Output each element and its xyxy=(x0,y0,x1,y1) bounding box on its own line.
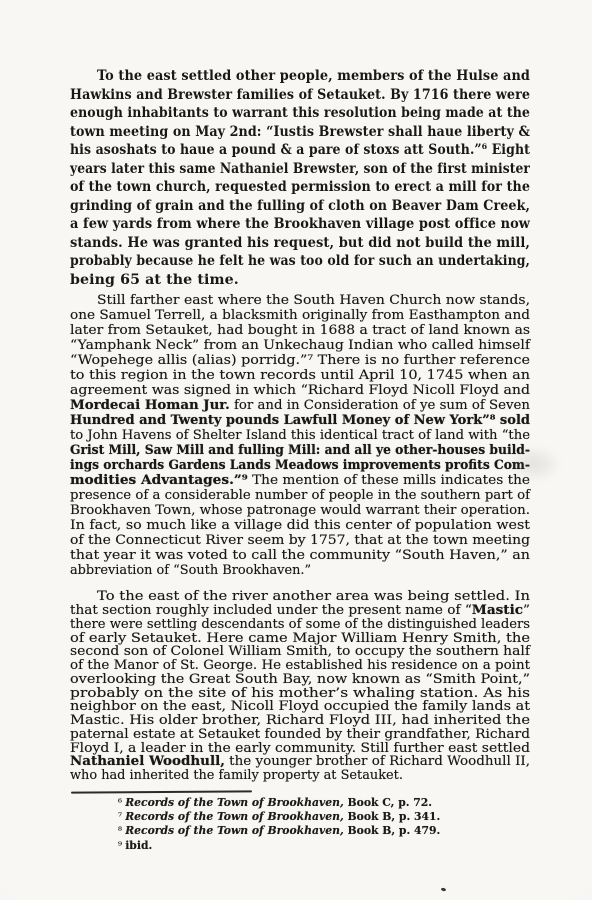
footnote: ⁶ Records of the Town of Brookhaven, Boo… xyxy=(118,796,538,810)
footnotes: ⁶ Records of the Town of Brookhaven, Boo… xyxy=(118,796,538,853)
text-line: later from Setauket, had bought in 1688 … xyxy=(70,323,530,338)
text-line: Mastic. His older brother, Richard Floyd… xyxy=(70,714,530,728)
text-line: To the east of the river another area wa… xyxy=(70,590,530,604)
footnote: ⁸ Records of the Town of Brookhaven, Boo… xyxy=(118,824,538,838)
text-line: “Yamphank Neck” from an Unkechaug Indian… xyxy=(70,338,530,353)
text-line: Still farther east where the South Haven… xyxy=(70,293,530,308)
text-line: of the Manor of St. George. He establish… xyxy=(70,659,530,673)
text-line: that section roughly included under the … xyxy=(70,604,530,618)
text-line: there were settling descendants of some … xyxy=(70,618,530,632)
text-line: “Wopehege allis (alias) porridg.”⁷ There… xyxy=(70,353,530,368)
paragraph: Still farther east where the South Haven… xyxy=(70,293,530,579)
text-line: to John Havens of Shelter Island this id… xyxy=(70,428,530,443)
paragraph: To the east of the river another area wa… xyxy=(70,590,530,783)
text-line: presence of a considerable number of peo… xyxy=(70,488,530,503)
text-line: modities Advantages.”⁹ The mention of th… xyxy=(70,473,530,488)
text-line: Hawkins and Brewster families of Setauke… xyxy=(70,86,530,105)
text-line: agreement was signed in which “Richard F… xyxy=(70,383,530,398)
footnote: ⁹ ibid. xyxy=(118,839,538,853)
text-line: being 65 at the time. xyxy=(70,271,530,290)
text-line: ings orchards Gardens Lands Meadows impr… xyxy=(70,458,530,473)
text-line: Brookhaven Town, whose patronage would w… xyxy=(70,503,530,518)
scanned-page: To the east settled other people, member… xyxy=(0,0,592,900)
text-line: second son of Colonel William Smith, to … xyxy=(70,645,530,659)
text-line: To the east settled other people, member… xyxy=(70,67,530,86)
paragraph: To the east settled other people, member… xyxy=(70,67,530,290)
text-line: of the town church, requested permission… xyxy=(70,178,530,197)
text-line: Nathaniel Woodhull, the younger brother … xyxy=(70,755,530,769)
text-line: probably on the site of his mother’s wha… xyxy=(70,687,530,701)
ink-speck-icon xyxy=(441,887,447,891)
text-line: town meeting on May 2nd: “Iustis Brewste… xyxy=(70,123,530,142)
text-line: to this region in the town records until… xyxy=(70,368,530,383)
text-line: years later this same Nathaniel Brewster… xyxy=(70,160,530,179)
text-line: Floyd I, a leader in the early community… xyxy=(70,742,530,756)
text-line: Grist Mill, Saw Mill and fulling Mill: a… xyxy=(70,443,530,458)
text-line: one Samuel Terrell, a blacksmith origina… xyxy=(70,308,530,323)
text-line: of early Setauket. Here came Major Willi… xyxy=(70,632,530,646)
text-line: abbreviation of “South Brookhaven.” xyxy=(70,563,530,578)
text-line: neighbor on the east, Nicoll Floyd occup… xyxy=(70,700,530,714)
scan-smudge xyxy=(506,445,562,483)
text-block: To the east settled other people, member… xyxy=(70,67,530,783)
text-line: who had inherited the family property at… xyxy=(70,769,530,783)
text-line: paternal estate at Setauket founded by t… xyxy=(70,728,530,742)
text-line: enough inhabitants to warrant this resol… xyxy=(70,104,530,123)
text-line: overlooking the Great South Bay, now kno… xyxy=(70,673,530,687)
text-line: probably because he felt he was too old … xyxy=(70,252,530,271)
text-line: his asoshats to haue a pound & a pare of… xyxy=(70,141,530,160)
text-line: Mordecai Homan Jur. for and in Considera… xyxy=(70,398,530,413)
text-line: stands. He was granted his request, but … xyxy=(70,234,530,253)
text-line: of the Connecticut River seem by 1757, t… xyxy=(70,533,530,548)
footnote-rule xyxy=(71,790,252,793)
text-line: Hundred and Twenty pounds Lawfull Money … xyxy=(70,413,530,428)
text-line: a few yards from where the Brookhaven vi… xyxy=(70,215,530,234)
text-line: grinding of grain and the fulling of clo… xyxy=(70,197,530,216)
text-line: In fact, so much like a village did this… xyxy=(70,518,530,533)
footnote: ⁷ Records of the Town of Brookhaven, Boo… xyxy=(118,810,538,824)
text-line: that year it was voted to call the commu… xyxy=(70,548,530,563)
